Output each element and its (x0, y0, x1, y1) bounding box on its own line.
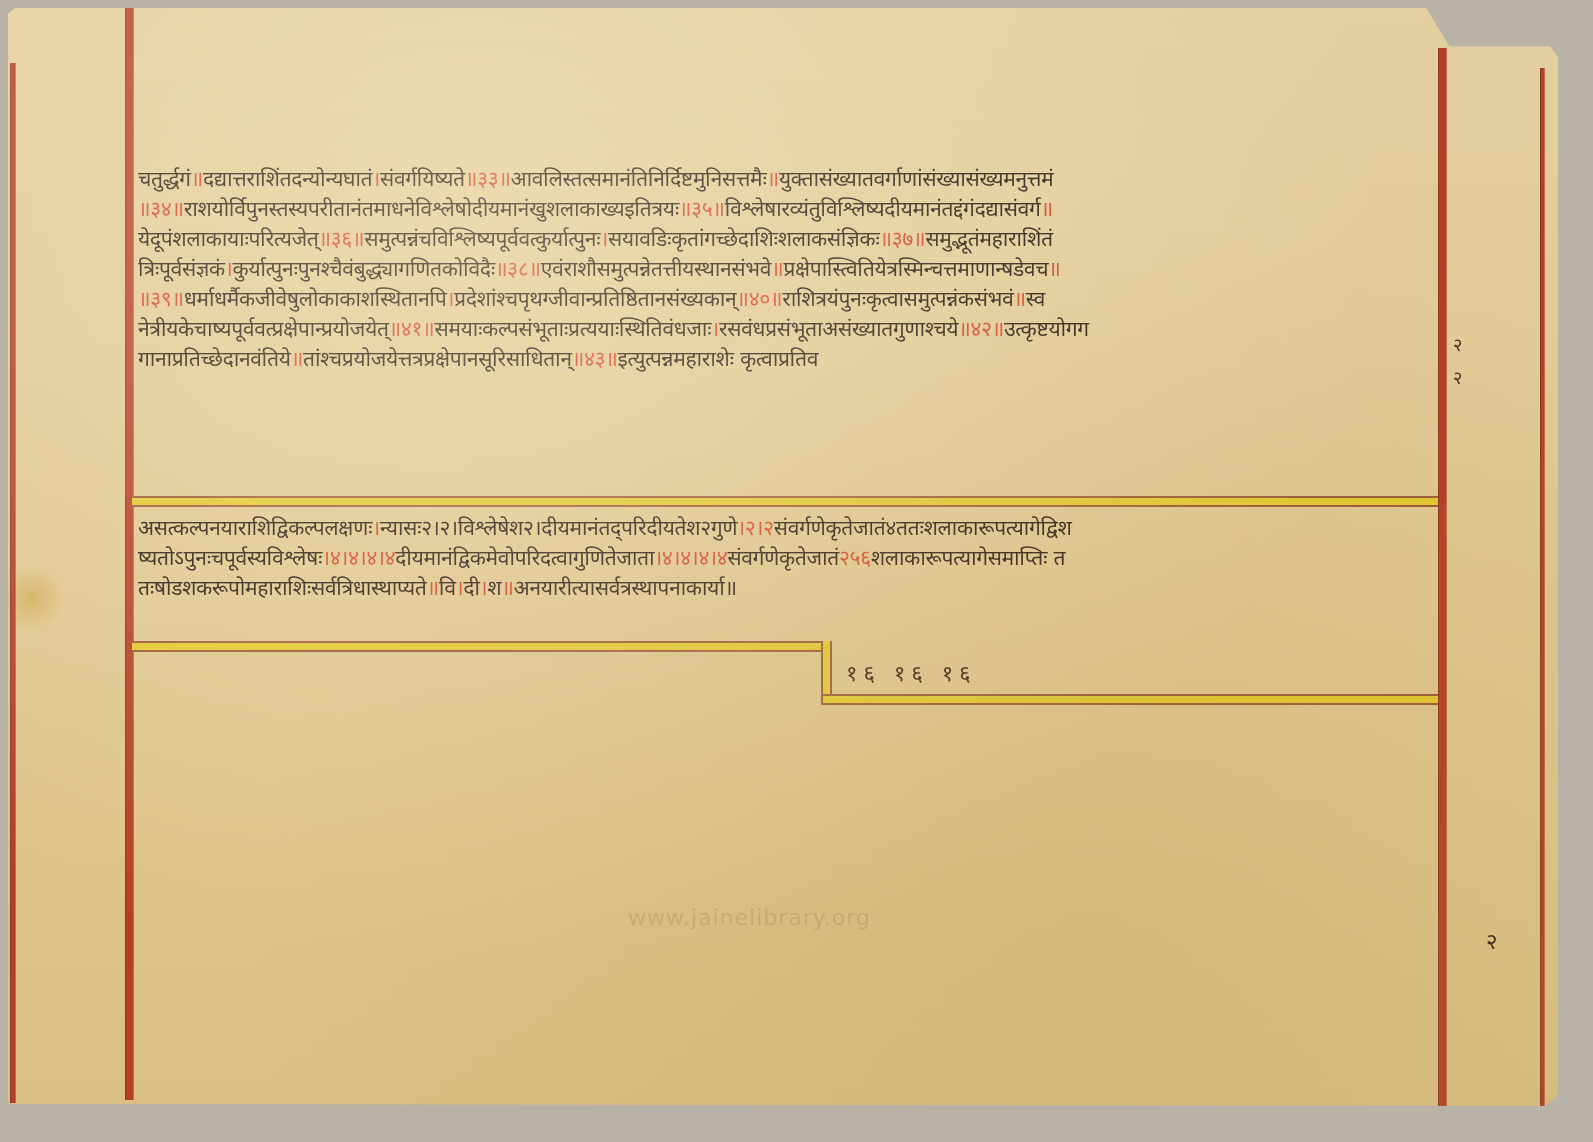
text-segment: धर्माधर्मैकजीवेषुलोकाकाशस्थितानपि (184, 287, 447, 311)
text-segment: दी (463, 576, 479, 600)
text-segment: वि (439, 576, 456, 600)
verse-number: ।४।४।४।४ (654, 546, 727, 570)
yellow-lower-band-left (132, 641, 827, 652)
text-segment: राशयोर्विपुनस्तस्यपरीतानंतमाधनेविश्लेषोद… (184, 197, 679, 221)
verse-number: ॥ (291, 347, 303, 371)
verse-number: ॥४२॥ (958, 317, 1004, 341)
verse-number: ॥ (771, 257, 783, 281)
verse-number: । (372, 516, 380, 540)
text-segment: विश्लेषारव्यंतुविश्लिष्यदीयमानंतद्दंगंदद… (725, 197, 1041, 221)
yellow-divider-band (132, 496, 1438, 507)
text-segment: सयावडिःकृतांगच्छेदाशिःशलाकसंज्ञिकः (608, 227, 880, 251)
text-segment: समयाःकल्पसंभूताःप्रत्ययाःस्थितिवंधजाः (434, 317, 711, 341)
margin-correction-mark: २ (1453, 366, 1462, 390)
text-segment: असत्कल्पनयाराशिद्विकल्पलक्षणः (138, 516, 372, 540)
outer-right-border-line (1540, 68, 1545, 1108)
verse-number: ॥३९॥ (138, 287, 184, 311)
text-line: गानाप्रतिच्छेदानवंतिये॥तांश्चप्रयोजयेत्त… (138, 344, 1438, 374)
manuscript-page: चतुर्द्धगं॥दद्यात्तराशिंतदन्योन्यघातं।सं… (8, 8, 1558, 1106)
verse-number: । (600, 227, 608, 251)
text-line: नेत्रीयकेचाष्यपूर्ववत्प्रक्षेपान्प्रयोजय… (138, 314, 1438, 344)
upper-verse-text: चतुर्द्धगं॥दद्यात्तराशिंतदन्योन्यघातं।सं… (138, 164, 1438, 374)
text-segment: तांश्चप्रयोजयेत्तत्रप्रक्षेपानसूरिसाधिता… (303, 347, 572, 371)
text-segment: शलाकारूपत्यागेसमाप्तिः त (871, 546, 1065, 570)
inner-left-border-line (125, 8, 134, 1100)
text-segment: उत्कृष्टयोगग (1004, 317, 1089, 341)
folio-number: २ (1486, 926, 1497, 956)
verse-number: ॥३६॥ (319, 227, 365, 251)
text-segment: प्रदेशांश्चपृथग्जीवान्प्रतिष्ठितानसंख्यक… (454, 287, 736, 311)
text-line: त्रिःपूर्वसंज्ञकं।कुर्यात्पुनःपुनश्चैवंब… (138, 254, 1438, 284)
text-line: येदूपंशलाकायाःपरित्यजेत्॥३६॥समुत्पन्नंचव… (138, 224, 1438, 254)
text-segment: श (487, 576, 501, 600)
text-segment: अनयारीत्यासर्वत्रस्थापनाकार्या॥ (514, 576, 737, 600)
verse-number: २५६ (839, 546, 871, 570)
watermark: www.jainelibrary.org (628, 906, 871, 931)
paper-stain (8, 568, 68, 628)
text-segment: कुर्यात्पुनःपुनश्चैवंबुद्ध्यागणितकोविदैः (233, 257, 495, 281)
verse-number: ॥ (191, 167, 203, 191)
text-segment: युक्तासंख्यातवर्गाणांसंख्यासंख्यमनुत्तमं (779, 167, 1054, 191)
text-segment: आवलिस्तत्समानंतिनिर्दिष्टमुनिसत्तमैः (511, 167, 767, 191)
text-segment: एवंराशौसमुत्पन्नेतत्तीयस्थानसंभवे (541, 257, 771, 281)
verse-number: ।२।२ (737, 516, 774, 540)
text-segment: दद्यात्तराशिंतदन्योन्यघातं (203, 167, 372, 191)
inner-right-border-line (1438, 48, 1447, 1108)
text-segment: न्यासः२।२।विश्लेषेश२।दीयमानंतद्परिदीयतेश… (380, 516, 737, 540)
text-line: असत्कल्पनयाराशिद्विकल्पलक्षणः।न्यासः२।२।… (138, 513, 1438, 543)
verse-number: ॥ (767, 167, 779, 191)
verse-number: ॥ (1041, 197, 1053, 221)
text-line: तःषोडशकरूपोमहाराशिःसर्वत्रिधास्थाप्यते॥व… (138, 573, 1438, 603)
verse-number: ।४।४।४।४ (322, 546, 395, 570)
verse-number: ॥३३॥ (465, 167, 511, 191)
text-segment: येदूपंशलाकायाःपरित्यजेत् (138, 227, 319, 251)
text-line: चतुर्द्धगं॥दद्यात्तराशिंतदन्योन्यघातं।सं… (138, 164, 1438, 194)
verse-number: ॥ (427, 576, 439, 600)
commentary-text: असत्कल्पनयाराशिद्विकल्पलक्षणः।न्यासः२।२।… (138, 513, 1438, 603)
text-segment: समुत्पन्नंचविश्लिष्यपूर्ववत्कुर्यात्पुनः (364, 227, 600, 251)
yellow-lower-band-right (823, 694, 1438, 705)
verse-number: ॥३४॥ (138, 197, 184, 221)
margin-correction-mark: २ (1453, 333, 1462, 357)
text-segment: दीयमानंद्विकमेवोपरिदत्वागुणितेजाता (395, 546, 654, 570)
outer-left-border-line (10, 63, 16, 1103)
text-segment: गानाप्रतिच्छेदानवंतिये (138, 347, 291, 371)
verse-number: ॥३५॥ (679, 197, 725, 221)
verse-number: ॥ (1048, 257, 1060, 281)
text-segment: स्व (1026, 287, 1045, 311)
text-segment: ष्यतोऽपुनःचपूर्वस्यविश्लेषः (138, 546, 322, 570)
text-segment: संवर्गणेकृतेजातं४ततःशलाकारूपत्यागेद्विश (774, 516, 1072, 540)
verse-number: ॥३७॥ (880, 227, 926, 251)
verse-number: । (711, 317, 719, 341)
text-segment: संवर्गणेकृतेजातं (727, 546, 839, 570)
verse-number: ॥ (501, 576, 513, 600)
text-segment: समुद्भूतंमहाराशिंतं (925, 227, 1052, 251)
text-line: ॥३४॥राशयोर्विपुनस्तस्यपरीतानंतमाधनेविश्ल… (138, 194, 1438, 224)
numeral-diagram: १६ १६ १६ (846, 658, 977, 688)
text-segment: नेत्रीयकेचाष्यपूर्ववत्प्रक्षेपान्प्रयोजय… (138, 317, 389, 341)
verse-number: ॥४०॥ (736, 287, 782, 311)
verse-number: ॥४१॥ (389, 317, 435, 341)
text-segment: इत्युत्पन्नमहाराशेः कृत्वाप्रतिव (618, 347, 819, 371)
text-segment: तःषोडशकरूपोमहाराशिःसर्वत्रिधास्थाप्यते (138, 576, 427, 600)
text-segment: त्रिःपूर्वसंज्ञकं (138, 257, 225, 281)
text-segment: प्रक्षेपास्त्वितियेत्रस्मिन्चत्तमाणान्षड… (783, 257, 1048, 281)
verse-number: ॥४३॥ (572, 347, 618, 371)
verse-number: । (225, 257, 233, 281)
text-line: ष्यतोऽपुनःचपूर्वस्यविश्लेषः।४।४।४।४दीयमा… (138, 543, 1438, 573)
text-segment: संवर्गयिष्यते (380, 167, 465, 191)
text-line: ॥३९॥धर्माधर्मैकजीवेषुलोकाकाशस्थितानपि।प्… (138, 284, 1438, 314)
verse-number: ॥३८॥ (495, 257, 541, 281)
verse-number: । (372, 167, 380, 191)
text-segment: राशित्रयंपुनःकृत्वासमुत्पन्नंकसंभवं (782, 287, 1013, 311)
text-segment: चतुर्द्धगं (138, 167, 191, 191)
text-segment: रसवंधप्रसंभूताअसंख्यातगुणाश्चये (719, 317, 958, 341)
verse-number: ॥ (1013, 287, 1025, 311)
